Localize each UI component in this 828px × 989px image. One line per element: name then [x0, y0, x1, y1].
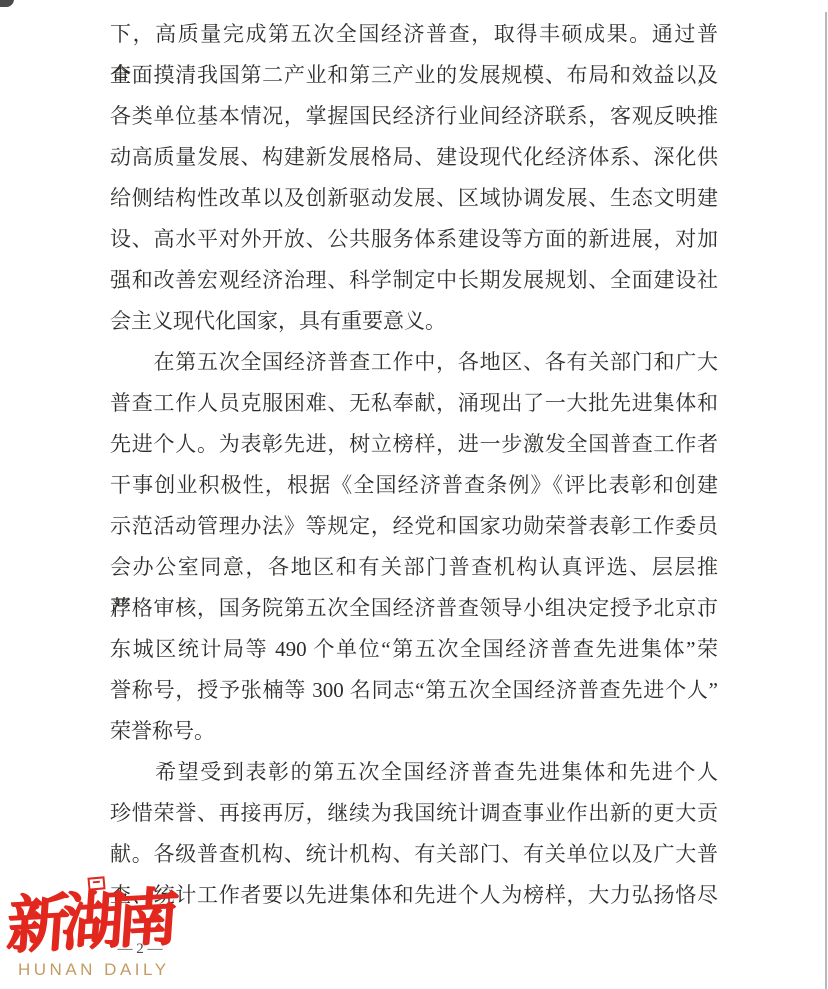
text-line: 给侧结构性改革以及创新驱动发展、区域协调发展、生态文明建 — [110, 178, 718, 219]
text-line: 先进个人。为表彰先进，树立榜样，进一步激发全国普查工作者 — [110, 424, 718, 465]
red-seal-icon-detail — [93, 881, 100, 883]
text-line: 全面摸清我国第二产业和第三产业的发展规模、布局和效益以及 — [110, 55, 718, 96]
text-line: 强和改善宏观经济治理、科学制定中长期发展规划、全面建设社 — [110, 260, 718, 301]
text-line: 在第五次全国经济普查工作中，各地区、各有关部门和广大 — [110, 342, 718, 383]
text-line: 珍惜荣誉、再接再厉，继续为我国统计调查事业作出新的更大贡 — [110, 793, 718, 834]
red-seal-icon — [87, 876, 105, 890]
text-line: 干事创业积极性，根据《全国经济普查条例》《评比表彰和创建 — [110, 465, 718, 506]
scan-edge-line — [825, 12, 827, 989]
text-line: 设、高水平对外开放、公共服务体系建设等方面的新进展，对加 — [110, 219, 718, 260]
document-body: 下，高质量完成第五次全国经济普查，取得丰硕成果。通过普查，全面摸清我国第二产业和… — [110, 14, 718, 916]
text-line: 会主义现代化国家，具有重要意义。 — [110, 301, 718, 342]
text-line: 东城区统计局等 490 个单位“第五次全国经济普查先进集体”荣 — [110, 629, 718, 670]
text-line: 荣誉称号。 — [110, 711, 718, 752]
text-line: 誉称号，授予张楠等 300 名同志“第五次全国经济普查先进个人” — [110, 670, 718, 711]
text-line: 示范活动管理办法》等规定，经党和国家功勋荣誉表彰工作委员 — [110, 506, 718, 547]
scanned-document-page: 下，高质量完成第五次全国经济普查，取得丰硕成果。通过普查，全面摸清我国第二产业和… — [0, 0, 828, 989]
text-line: 献。各级普查机构、统计机构、有关部门、有关单位以及广大普 — [110, 834, 718, 875]
text-line: 会办公室同意，各地区和有关部门普查机构认真评选、层层推荐、 — [110, 547, 718, 588]
hunan-daily-watermark: 新湖南 HUNAN DAILY — [0, 870, 260, 989]
hunan-daily-logo-en: HUNAN DAILY — [18, 960, 170, 980]
text-line: 严格审核，国务院第五次全国经济普查领导小组决定授予北京市 — [110, 588, 718, 629]
text-line: 下，高质量完成第五次全国经济普查，取得丰硕成果。通过普查， — [110, 14, 718, 55]
text-line: 普查工作人员克服困难、无私奉献，涌现出了一大批先进集体和 — [110, 383, 718, 424]
text-line: 动高质量发展、构建新发展格局、建设现代化经济体系、深化供 — [110, 137, 718, 178]
text-line: 各类单位基本情况，掌握国民经济行业间经济联系，客观反映推 — [110, 96, 718, 137]
text-line: 希望受到表彰的第五次全国经济普查先进集体和先进个人 — [110, 752, 718, 793]
scan-corner-artifact — [0, 0, 14, 7]
